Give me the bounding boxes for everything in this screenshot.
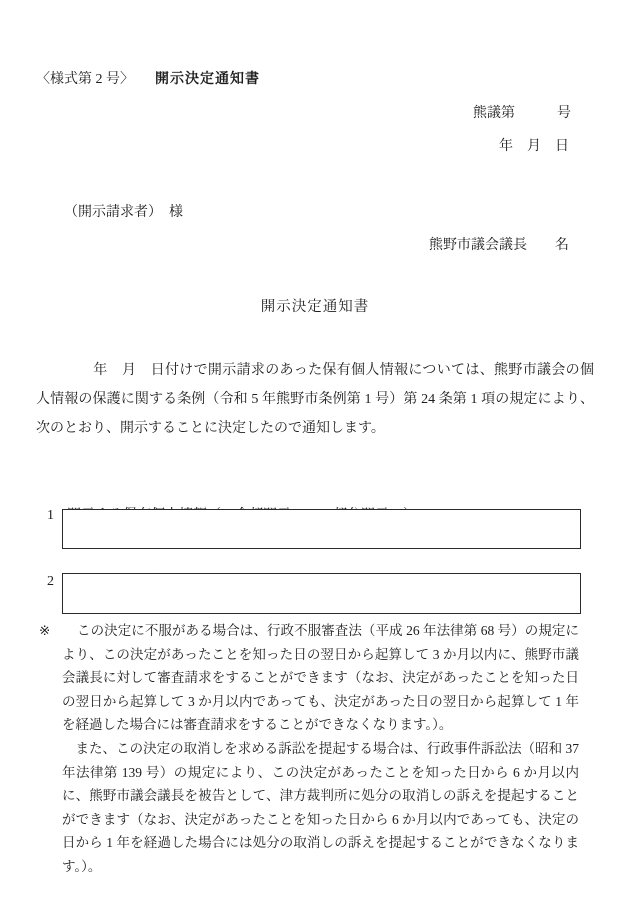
- item1-fill-box: [62, 509, 581, 549]
- note-paragraph-lawsuit: また、この決定の取消しを求める訴訟を提起する場合は、行政事件訴訟法（昭和 37 …: [62, 737, 579, 879]
- addressee-line: （開示請求者） 様: [64, 201, 183, 221]
- form-label-line: 〈様式第 2 号〉 開示決定通知書: [36, 68, 260, 88]
- form-heading: 開示決定通知書: [155, 68, 260, 88]
- date-line: 年 月 日: [499, 135, 569, 155]
- main-paragraph: 年 月 日付けで開示請求のあった保有個人情報については、熊野市議会の個人情報の保…: [36, 356, 594, 443]
- issuer-line: 熊野市議会議長 名: [429, 234, 569, 254]
- document-page: { "document": { "form_label": "〈様式第 2 号〉…: [0, 0, 630, 903]
- remedies-note: ※ この決定に不服がある場合は、行政不服審査法（平成 26 年法律第 68 号）…: [62, 619, 579, 879]
- item1-number: 1: [47, 508, 54, 524]
- note-marker: ※: [39, 619, 50, 643]
- form-number-label: 〈様式第 2 号〉: [36, 68, 134, 88]
- item2-number: 2: [47, 574, 54, 590]
- note-paragraph-appeal: この決定に不服がある場合は、行政不服審査法（平成 26 年法律第 68 号）の規…: [62, 619, 579, 737]
- item2-fill-box: [62, 573, 581, 614]
- doc-number-line: 熊議第 号: [473, 102, 571, 122]
- document-title: 開示決定通知書: [0, 295, 630, 316]
